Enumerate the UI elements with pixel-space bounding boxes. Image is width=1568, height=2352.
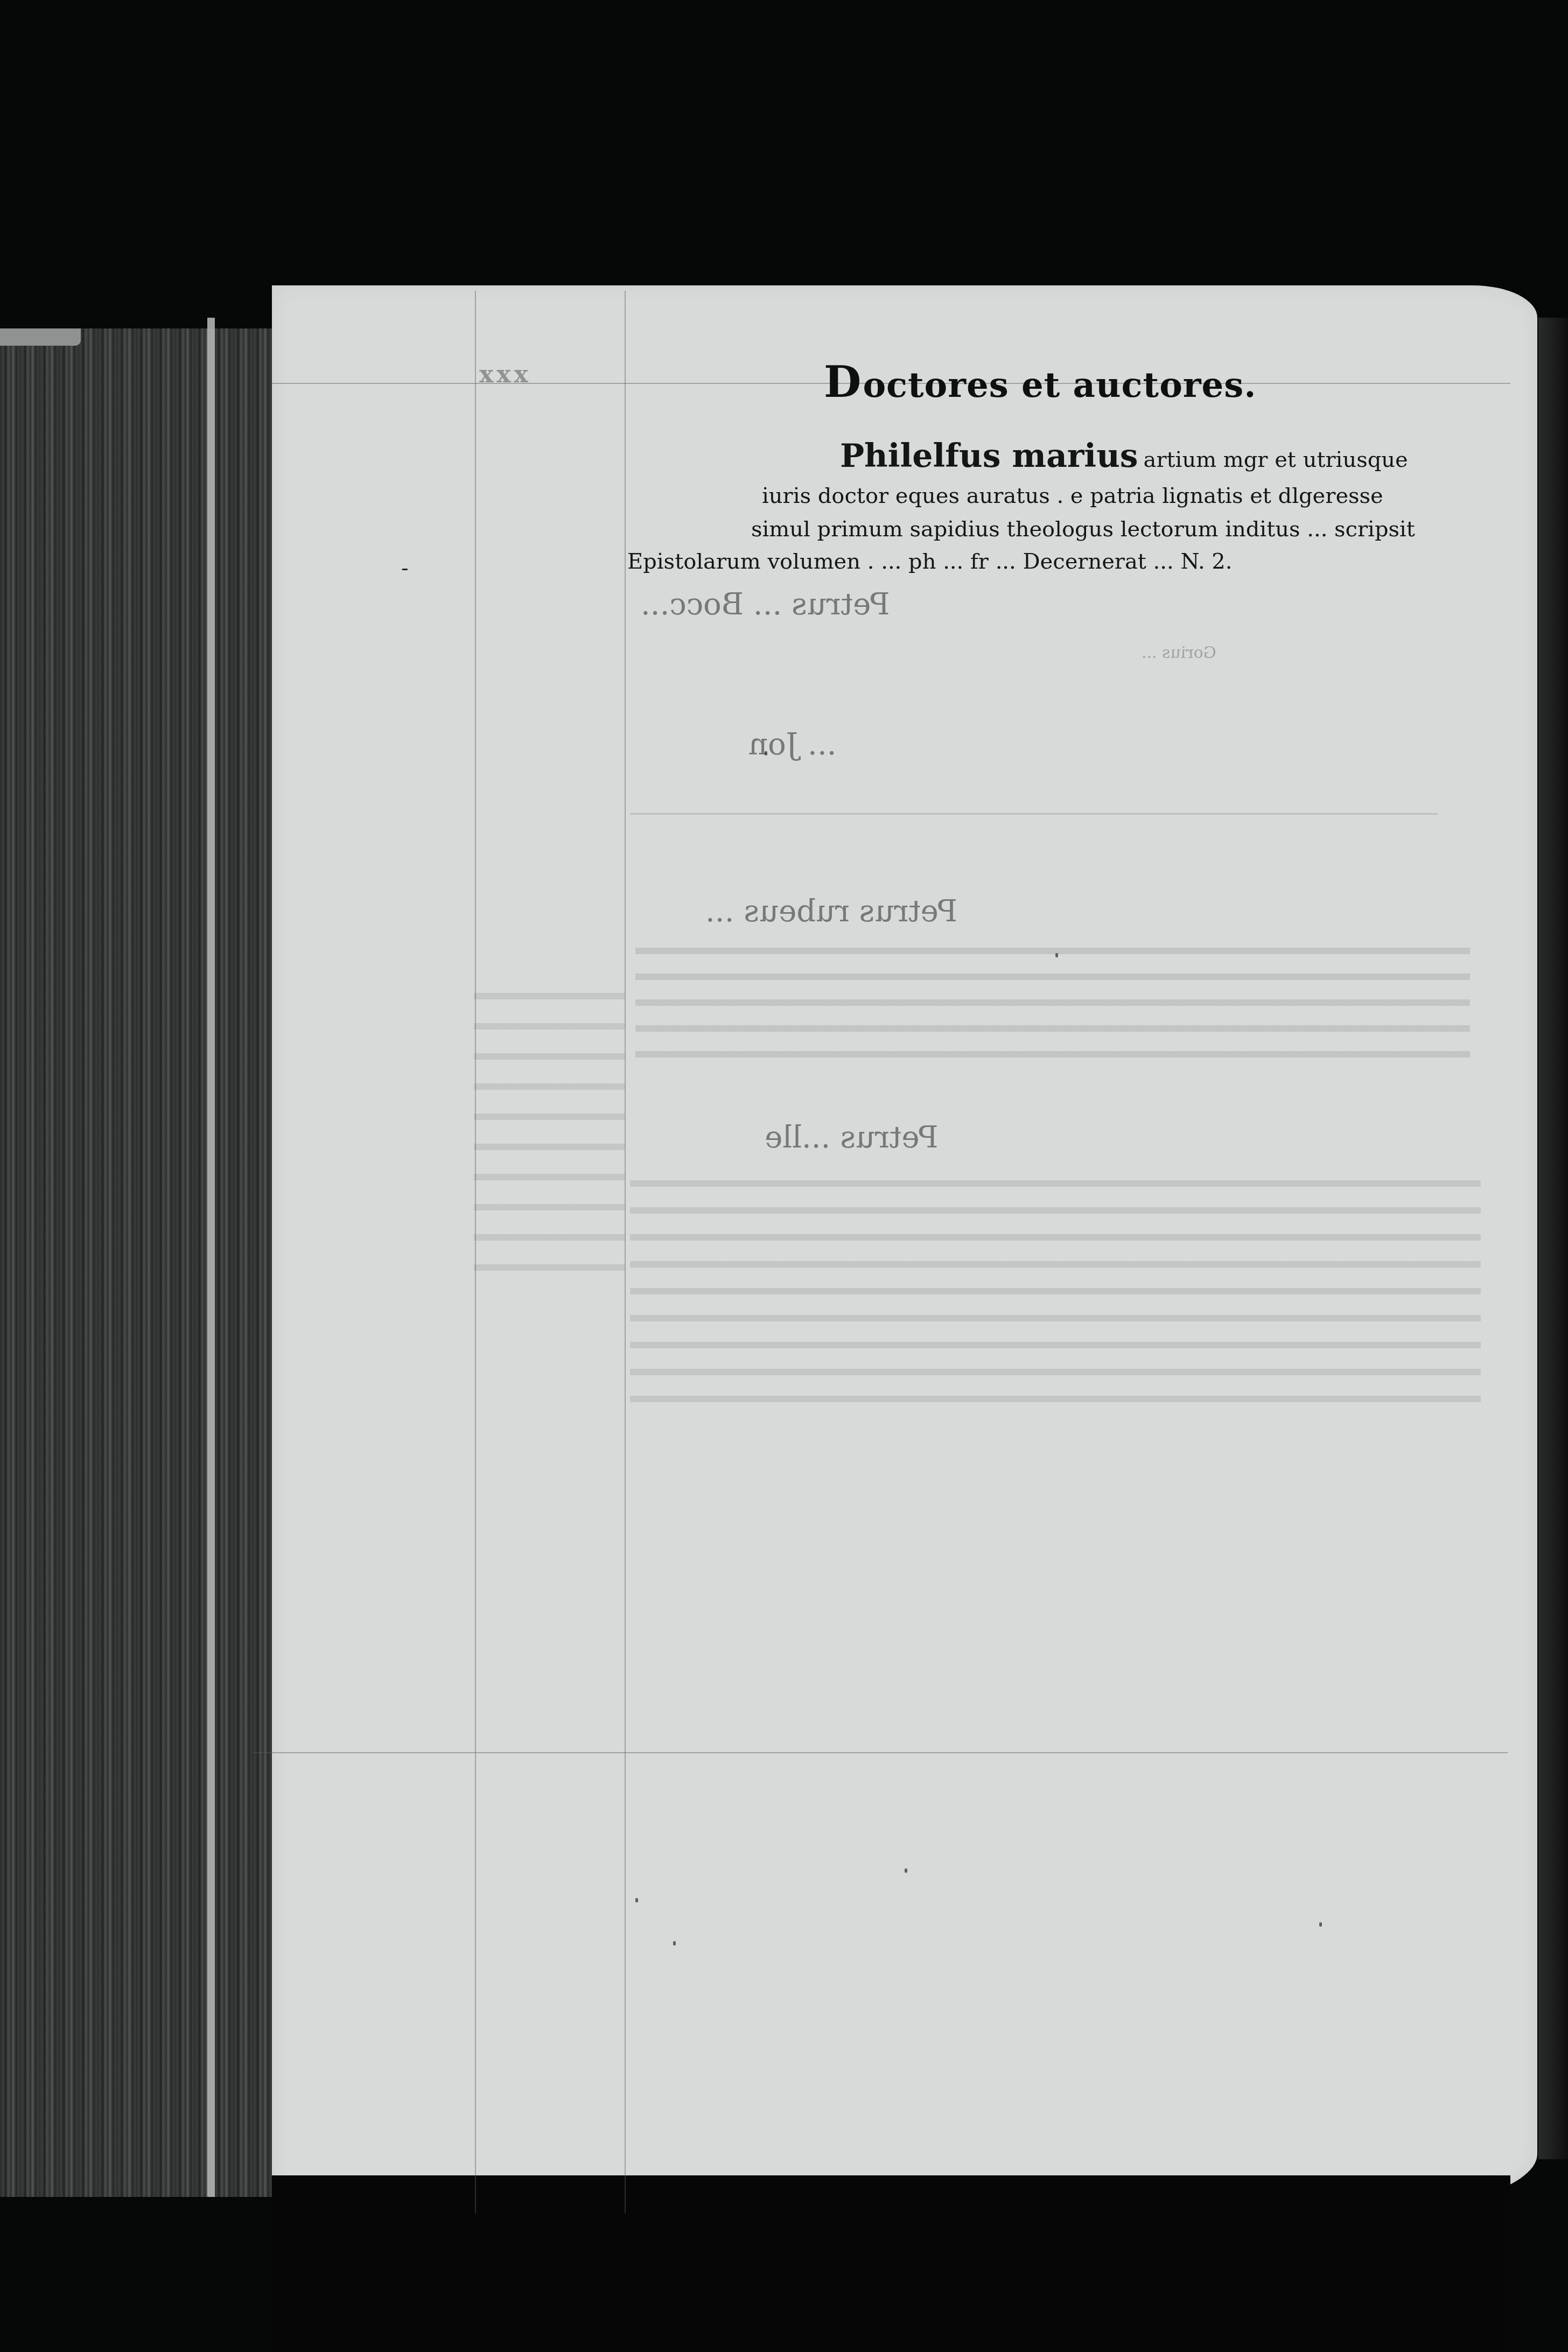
bleed-paragraph-2 [630,1168,1481,1411]
bleed-heading-3: Petrus rubeus ... [705,894,957,929]
folio-number: xxx [479,361,531,388]
entry-name-line: Philelfus mariusartium mgr et utriusque [840,437,1408,475]
margin-mark: - [401,556,409,580]
bleed-paragraph-1 [635,937,1470,1066]
bottom-shadow [272,2175,1510,2352]
page-tab [0,328,81,346]
bleed-heading-4: Petrus ...lle [765,1120,939,1155]
binding-shadow [1538,318,1568,2159]
bleed-text-2 [630,792,1438,815]
bleed-heading-1: Petrus ... Bocc... [641,587,890,622]
entry-line-1: artium mgr et utriusque [1144,447,1408,472]
page-edge-highlight [207,318,215,2197]
bleed-heading-2: ... Jon [748,727,836,762]
heading-initial: D [824,356,862,407]
entry-line-4: Epistolarum volumen . ... ph ... fr ... … [627,549,1233,574]
bleed-text-1: Gorius ... [1142,643,1216,662]
section-heading: Doctores et auctores. [824,356,1257,407]
heading-text: octores et auctores. [863,365,1256,405]
entry-line-3: simul primum sapidius theologus lectorum… [751,517,1415,542]
ruling-vertical-inner [625,291,626,2213]
entry-name: Philelfus marius [840,437,1138,475]
bleed-margin-notes [474,980,625,1282]
book-fore-edge [0,328,275,2197]
ruling-horizontal-lower [253,1752,1508,1753]
entry-line-2: iuris doctor eques auratus . e patria li… [762,484,1383,508]
